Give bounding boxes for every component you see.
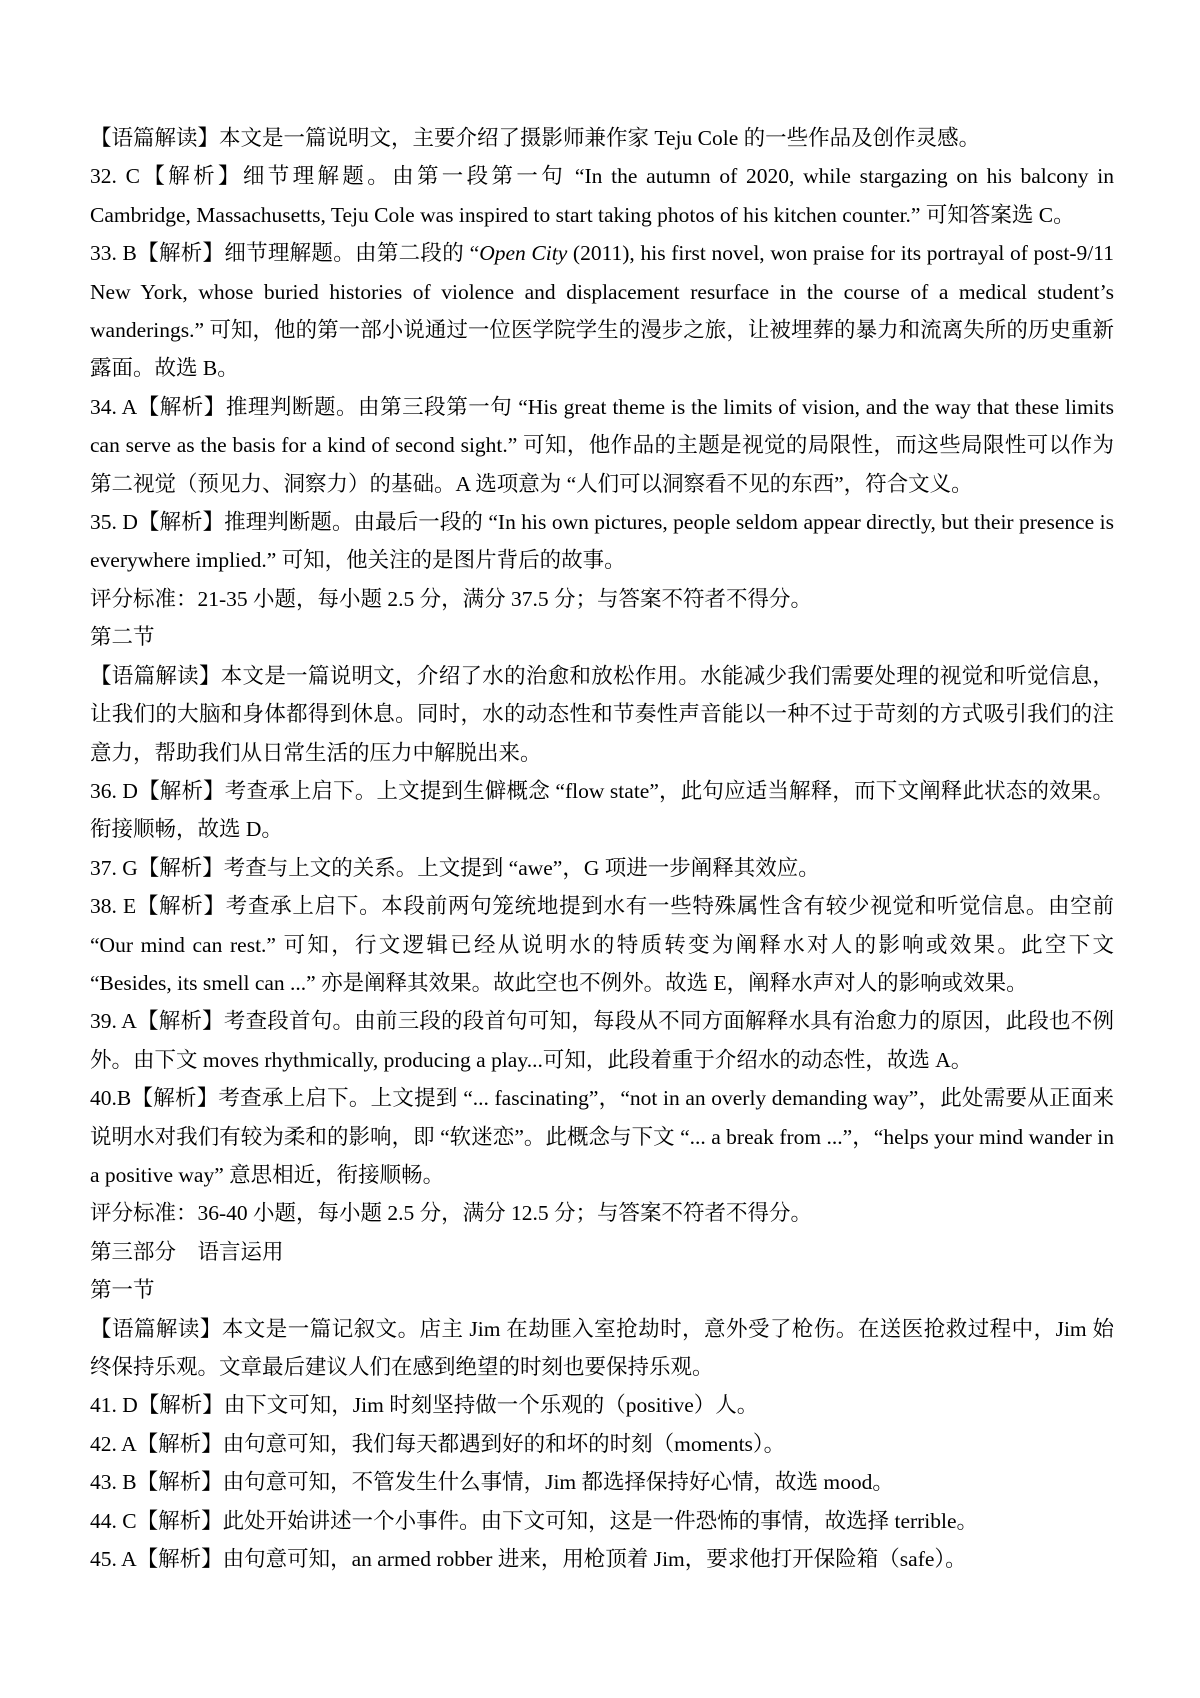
text-run: 36. D【解析】考查承上启下。上文提到生僻概念 “flow state”，此句… bbox=[90, 779, 1114, 841]
document-body: 【语篇解读】本文是一篇说明文，主要介绍了摄影师兼作家 Teju Cole 的一些… bbox=[90, 119, 1114, 1578]
text-run: 评分标准：21-35 小题，每小题 2.5 分，满分 37.5 分；与答案不符者… bbox=[90, 587, 812, 611]
answer-40: 40.B【解析】考查承上启下。上文提到 “... fascinating”，“n… bbox=[90, 1079, 1114, 1194]
section-1-heading: 第一节 bbox=[90, 1271, 1114, 1309]
text-run: 43. B【解析】由句意可知，不管发生什么事情，Jim 都选择保持好心情，故选 … bbox=[90, 1470, 894, 1494]
answer-41: 41. D【解析】由下文可知，Jim 时刻坚持做一个乐观的（positive）人… bbox=[90, 1386, 1114, 1424]
answer-32: 32. C【解析】细节理解题。由第一段第一句 “In the autumn of… bbox=[90, 157, 1114, 234]
passage-analysis-cloze: 【语篇解读】本文是一篇记叙文。店主 Jim 在劫匪入室抢劫时，意外受了枪伤。在送… bbox=[90, 1310, 1114, 1387]
text-run: 第一节 bbox=[90, 1278, 155, 1302]
text-run: 42. A【解析】由句意可知，我们每天都遇到好的和坏的时刻（moments）。 bbox=[90, 1432, 785, 1456]
text-run: 33. B【解析】细节理解题。由第二段的 “ bbox=[90, 241, 479, 265]
text-run: 45. A【解析】由句意可知，an armed robber 进来，用枪顶着 J… bbox=[90, 1547, 967, 1571]
text-run: 41. D【解析】由下文可知，Jim 时刻坚持做一个乐观的（positive）人… bbox=[90, 1393, 758, 1417]
answer-33: 33. B【解析】细节理解题。由第二段的 “Open City (2011), … bbox=[90, 234, 1114, 388]
passage-analysis-reading-d: 【语篇解读】本文是一篇说明文，主要介绍了摄影师兼作家 Teju Cole 的一些… bbox=[90, 119, 1114, 157]
passage-analysis-cloze-7-select: 【语篇解读】本文是一篇说明文，介绍了水的治愈和放松作用。水能减少我们需要处理的视… bbox=[90, 657, 1114, 772]
text-run: 44. C【解析】此处开始讲述一个小事件。由下文可知，这是一件恐怖的事情，故选择… bbox=[90, 1509, 978, 1533]
text-run: 35. D【解析】推理判断题。由最后一段的 “In his own pictur… bbox=[90, 510, 1114, 572]
text-run: 34. A【解析】推理判断题。由第三段第一句 “His great theme … bbox=[90, 395, 1114, 496]
answer-38: 38. E【解析】考查承上启下。本段前两句笼统地提到水有一些特殊属性含有较少视觉… bbox=[90, 887, 1114, 1002]
part-3-heading: 第三部分 语言运用 bbox=[90, 1233, 1114, 1271]
scoring-note-21-35: 评分标准：21-35 小题，每小题 2.5 分，满分 37.5 分；与答案不符者… bbox=[90, 580, 1114, 618]
answer-35: 35. D【解析】推理判断题。由最后一段的 “In his own pictur… bbox=[90, 503, 1114, 580]
answer-43: 43. B【解析】由句意可知，不管发生什么事情，Jim 都选择保持好心情，故选 … bbox=[90, 1463, 1114, 1501]
section-2-heading: 第二节 bbox=[90, 618, 1114, 656]
text-run: 38. E【解析】考查承上启下。本段前两句笼统地提到水有一些特殊属性含有较少视觉… bbox=[90, 894, 1114, 995]
text-run: 【语篇解读】本文是一篇说明文，主要介绍了摄影师兼作家 Teju Cole 的一些… bbox=[90, 126, 980, 150]
italic-text-run: Open City bbox=[479, 241, 567, 265]
text-run: 第二节 bbox=[90, 625, 155, 649]
answer-37: 37. G【解析】考查与上文的关系。上文提到 “awe”，G 项进一步阐释其效应… bbox=[90, 849, 1114, 887]
text-run: 32. C【解析】细节理解题。由第一段第一句 “In the autumn of… bbox=[90, 164, 1114, 226]
text-run: 39. A【解析】考查段首句。由前三段的段首句可知，每段从不同方面解释水具有治愈… bbox=[90, 1009, 1114, 1071]
text-run: 40.B【解析】考查承上启下。上文提到 “... fascinating”，“n… bbox=[90, 1086, 1114, 1187]
text-run: 第三部分 语言运用 bbox=[90, 1240, 284, 1264]
answer-34: 34. A【解析】推理判断题。由第三段第一句 “His great theme … bbox=[90, 388, 1114, 503]
text-run: 【语篇解读】本文是一篇说明文，介绍了水的治愈和放松作用。水能减少我们需要处理的视… bbox=[90, 664, 1114, 765]
scoring-note-36-40: 评分标准：36-40 小题，每小题 2.5 分，满分 12.5 分；与答案不符者… bbox=[90, 1194, 1114, 1232]
answer-42: 42. A【解析】由句意可知，我们每天都遇到好的和坏的时刻（moments）。 bbox=[90, 1425, 1114, 1463]
answer-39: 39. A【解析】考查段首句。由前三段的段首句可知，每段从不同方面解释水具有治愈… bbox=[90, 1002, 1114, 1079]
text-run: 评分标准：36-40 小题，每小题 2.5 分，满分 12.5 分；与答案不符者… bbox=[90, 1201, 812, 1225]
answer-45: 45. A【解析】由句意可知，an armed robber 进来，用枪顶着 J… bbox=[90, 1540, 1114, 1578]
text-run: 37. G【解析】考查与上文的关系。上文提到 “awe”，G 项进一步阐释其效应… bbox=[90, 856, 820, 880]
answer-44: 44. C【解析】此处开始讲述一个小事件。由下文可知，这是一件恐怖的事情，故选择… bbox=[90, 1502, 1114, 1540]
text-run: 【语篇解读】本文是一篇记叙文。店主 Jim 在劫匪入室抢劫时，意外受了枪伤。在送… bbox=[90, 1317, 1114, 1379]
answer-36: 36. D【解析】考查承上启下。上文提到生僻概念 “flow state”，此句… bbox=[90, 772, 1114, 849]
